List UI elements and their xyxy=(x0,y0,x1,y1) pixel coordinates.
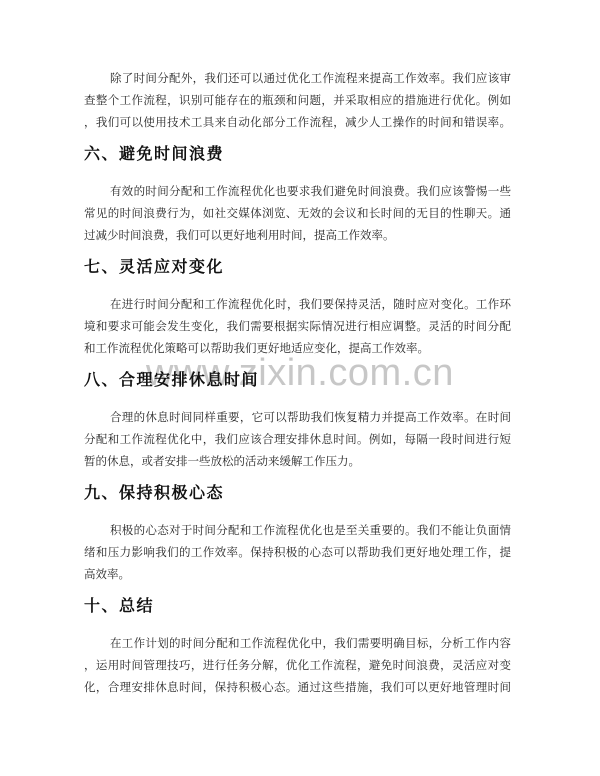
text-line: 暂的休息，或者安排一些放松的活动来缓解工作压力。 xyxy=(84,451,511,473)
text-line: 在工作计划的时间分配和工作流程优化中，我们需要明确目标，分析工作内容 xyxy=(84,633,511,655)
section-heading-7: 七、灵活应对变化 xyxy=(84,258,511,278)
paragraph: 积极的心态对于时间分配和工作流程优化也是至关重要的。我们不能让负面情 绪和压力影… xyxy=(84,520,511,586)
text-line: 高效率。 xyxy=(84,564,511,586)
text-line: 绪和压力影响我们的工作效率。保持积极的心态可以帮助我们更好地处理工作，提 xyxy=(84,542,511,564)
text-line: 过减少时间浪费，我们可以更好地利用时间，提高工作效率。 xyxy=(84,225,511,247)
text-line: 境和要求可能会发生变化，我们需要根据实际情况进行相应调整。灵活的时间分配 xyxy=(84,316,511,338)
section-heading-8: 八、合理安排休息时间 xyxy=(84,371,511,391)
paragraph: 合理的休息时间同样重要，它可以帮助我们恢复精力并提高工作效率。在时间 分配和工作… xyxy=(84,407,511,473)
section-heading-9: 九、保持积极心态 xyxy=(84,484,511,504)
text-line: ，运用时间管理技巧，进行任务分解，优化工作流程，避免时间浪费，灵活应对变 xyxy=(84,655,511,677)
text-line: 分配和工作流程优化中，我们应该合理安排休息时间。例如，每隔一段时间进行短 xyxy=(84,429,511,451)
text-line: ，我们可以使用技术工具来自动化部分工作流程，减少人工操作的时间和错误率。 xyxy=(84,112,511,134)
text-line: 在进行时间分配和工作流程优化时，我们要保持灵活，随时应对变化。工作环 xyxy=(84,294,511,316)
text-line: 合理的休息时间同样重要，它可以帮助我们恢复精力并提高工作效率。在时间 xyxy=(84,407,511,429)
text-line: 积极的心态对于时间分配和工作流程优化也是至关重要的。我们不能让负面情 xyxy=(84,520,511,542)
text-line: 和工作流程优化策略可以帮助我们更好地适应变化，提高工作效率。 xyxy=(84,338,511,360)
section-heading-6: 六、避免时间浪费 xyxy=(84,145,511,165)
paragraph: 有效的时间分配和工作流程优化也要求我们避免时间浪费。我们应该警惕一些 常见的时间… xyxy=(84,181,511,247)
section-heading-10: 十、总结 xyxy=(84,597,511,617)
text-line: 常见的时间浪费行为，如社交媒体浏览、无效的会议和长时间的无目的性聊天。通 xyxy=(84,203,511,225)
text-line: 除了时间分配外，我们还可以通过优化工作流程来提高工作效率。我们应该审 xyxy=(84,68,511,90)
text-line: 有效的时间分配和工作流程优化也要求我们避免时间浪费。我们应该警惕一些 xyxy=(84,181,511,203)
paragraph: 除了时间分配外，我们还可以通过优化工作流程来提高工作效率。我们应该审 查整个工作… xyxy=(84,68,511,134)
paragraph: 在进行时间分配和工作流程优化时，我们要保持灵活，随时应对变化。工作环 境和要求可… xyxy=(84,294,511,360)
text-line: 化，合理安排休息时间，保持积极心态。通过这些措施，我们可以更好地管理时间 xyxy=(84,677,511,699)
page-content: 除了时间分配外，我们还可以通过优化工作流程来提高工作效率。我们应该审 查整个工作… xyxy=(0,0,600,699)
paragraph: 在工作计划的时间分配和工作流程优化中，我们需要明确目标，分析工作内容 ，运用时间… xyxy=(84,633,511,699)
document-page: www.zixin.com.cn 除了时间分配外，我们还可以通过优化工作流程来提… xyxy=(0,0,600,776)
text-line: 查整个工作流程，识别可能存在的瓶颈和问题，并采取相应的措施进行优化。例如 xyxy=(84,90,511,112)
